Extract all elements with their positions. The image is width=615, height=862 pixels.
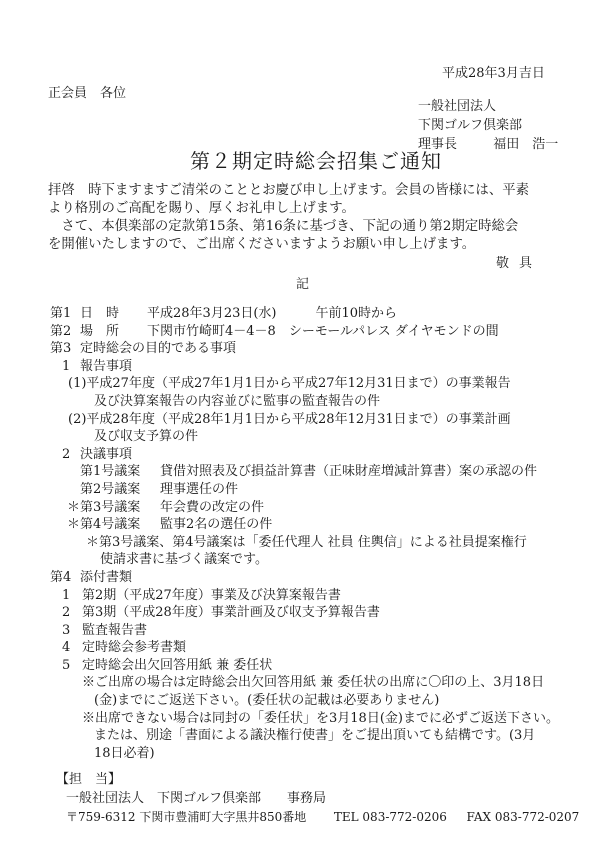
note-text: 18日必着): [94, 746, 155, 761]
report-sub2: (2)平成28年度（平成28年1月1日から平成28年12月31日まで）の事業計画: [50, 411, 559, 429]
attachment-row: 3監査報告書: [50, 622, 559, 640]
proposal-text: 監事2名の選任の件: [160, 517, 272, 532]
contact-details: 〒759-6312 下関市豊浦町大字黒井850番地 TEL 083-772-02…: [66, 808, 579, 827]
asterisk-mark: ＊: [50, 499, 80, 517]
attachment-text: 第3期（平成28年度）事業計画及び収支予算報告書: [82, 605, 380, 620]
section-heading: 報告事項: [80, 359, 132, 374]
report-text: 及び決算案報告の内容並びに監事の監査報告の件: [94, 394, 380, 409]
proposal-row: ＊第4号議案監事2名の選任の件: [50, 516, 559, 534]
report-heading: 1報告事項: [50, 358, 559, 376]
page-title: 第２期定時総会招集ご通知: [190, 151, 442, 171]
proposal-row: 第1号議案貸借対照表及び損益計算書（正味財産増減計算書）案の承認の件: [50, 463, 559, 481]
note-text: 使請求書に基づく議案です。: [100, 552, 268, 567]
note-text: または、別途「書面による議決権行使書」をご提出頂いても結構です。(3月: [94, 728, 535, 743]
resolution-note: ＊第3号議案、第4号議案は「委任代理人 社員 住輿信」による社員提案権行: [50, 534, 559, 552]
proposal-text: 貸借対照表及び損益計算書（正味財産増減計算書）案の承認の件: [160, 464, 537, 479]
body-line: を開催いたしますので、ご出席くださいますようお願い申し上げます。: [48, 236, 608, 254]
proposal-number: 第3号議案: [80, 499, 160, 517]
item-value: 平成28年3月23日(水) 午前10時から: [147, 306, 397, 321]
attendance-note: ※ご出席の場合は定時総会出欠回答用紙 兼 委任状の出席に〇印の上、3月18日: [50, 674, 559, 692]
note-text: ※ご出席の場合は定時総会出欠回答用紙 兼 委任状の出席に〇印の上、3月18日: [82, 675, 544, 690]
resolution-note-cont: 使請求書に基づく議案です。: [50, 551, 559, 569]
attachment-number: 2: [62, 604, 82, 622]
sender-name: 福田 浩一: [493, 137, 558, 152]
proposal-number: 第4号議案: [80, 516, 160, 534]
contact-heading: 【担 当】: [56, 770, 579, 789]
attachment-row: 2第3期（平成28年度）事業計画及び収支予算報告書: [50, 604, 559, 622]
agenda-list: 第1日 時平成28年3月23日(水) 午前10時から 第2場 所下関市竹崎町4－…: [50, 305, 559, 762]
attachment-text: 第2期（平成27年度）事業及び決算案報告書: [82, 588, 341, 603]
absence-note-cont: 18日必着): [50, 745, 559, 763]
report-sub2-cont: 及び収支予算の件: [50, 428, 559, 446]
ki-heading: 記: [296, 278, 309, 291]
document-date: 平成28年3月吉日: [442, 67, 545, 80]
attachment-row: 5定時総会出欠回答用紙 兼 委任状: [50, 657, 559, 675]
body-text: 拝啓 時下ますますご清栄のこととお慶び申し上げます。会員の皆様には、平素 より格…: [48, 182, 608, 254]
item-label: 第4: [50, 569, 80, 587]
attachment-row: 4定時総会参考書類: [50, 639, 559, 657]
report-sub1-cont: 及び決算案報告の内容並びに監事の監査報告の件: [50, 393, 559, 411]
item-heading: 定時総会の目的である事項: [80, 341, 236, 356]
report-text: (1)平成27年度（平成27年1月1日から平成27年12月31日まで）の事業報告: [68, 376, 511, 391]
addressee: 正会員 各位: [48, 87, 126, 100]
attachment-number: 4: [62, 639, 82, 657]
proposal-text: 年会費の改定の件: [160, 500, 264, 515]
note-text: ＊第3号議案、第4号議案は「委任代理人 社員 住輿信」による社員提案権行: [86, 535, 527, 550]
body-line: より格別のご高配を賜り、厚くお礼申し上げます。: [48, 200, 608, 218]
sender-org-type: 一般社団法人: [418, 97, 558, 116]
body-line: 拝啓 時下ますますご清栄のこととお慶び申し上げます。会員の皆様には、平素: [48, 182, 608, 200]
proposal-number: 第1号議案: [80, 463, 160, 481]
body-line: さて、本倶楽部の定款第15条、第16条に基づき、下記の通り第2期定時総会: [48, 218, 608, 236]
report-text: 及び収支予算の件: [94, 429, 198, 444]
item-value: 下関市竹崎町4－4－8 シーモールパレス ダイヤモンドの間: [147, 324, 499, 339]
item-purpose: 第3定時総会の目的である事項: [50, 340, 559, 358]
item-label: 第1: [50, 305, 80, 323]
item-datetime: 第1日 時平成28年3月23日(水) 午前10時から: [50, 305, 559, 323]
item-venue: 第2場 所下関市竹崎町4－4－8 シーモールパレス ダイヤモンドの間: [50, 323, 559, 341]
sender-org-name: 下関ゴルフ倶楽部: [418, 116, 558, 135]
resolution-heading: 2決議事項: [50, 446, 559, 464]
attachment-number: 5: [62, 657, 82, 675]
absence-note: ※出席できない場合は同封の「委任状」を3月18日(金)までに必ずご返送下さい。: [50, 710, 559, 728]
section-number: 1: [62, 358, 80, 376]
attendance-note-cont: (金)までにご返送下さい。(委任状の記載は必要ありません): [50, 692, 559, 710]
attachment-text: 定時総会出欠回答用紙 兼 委任状: [82, 658, 272, 673]
section-heading: 決議事項: [80, 447, 132, 462]
proposal-text: 理事選任の件: [160, 482, 238, 497]
proposal-number: 第2号議案: [80, 481, 160, 499]
attachment-text: 定時総会参考書類: [82, 640, 186, 655]
item-heading: 場 所: [80, 323, 147, 341]
absence-note-cont: または、別途「書面による議決権行使書」をご提出頂いても結構です。(3月: [50, 727, 559, 745]
attachment-number: 3: [62, 622, 82, 640]
attachment-text: 監査報告書: [82, 623, 147, 638]
contact-org: 一般社団法人 下関ゴルフ倶楽部 事務局: [66, 789, 579, 808]
proposal-row: ＊第3号議案年会費の改定の件: [50, 499, 559, 517]
proposal-row: 第2号議案理事選任の件: [50, 481, 559, 499]
section-number: 2: [62, 446, 80, 464]
report-sub1: (1)平成27年度（平成27年1月1日から平成27年12月31日まで）の事業報告: [50, 375, 559, 393]
closing-keigu: 敬具: [496, 257, 542, 270]
attachment-row: 1第2期（平成27年度）事業及び決算案報告書: [50, 587, 559, 605]
contact-block: 【担 当】 一般社団法人 下関ゴルフ倶楽部 事務局 〒759-6312 下関市豊…: [60, 770, 579, 827]
item-label: 第2: [50, 323, 80, 341]
contact-fax: FAX 083-772-0207: [467, 810, 580, 824]
report-text: (2)平成28年度（平成28年1月1日から平成28年12月31日まで）の事業計画: [68, 412, 511, 427]
item-label: 第3: [50, 340, 80, 358]
item-heading: 添付書類: [80, 570, 132, 585]
contact-address: 〒759-6312 下関市豊浦町大字黒井850番地: [66, 810, 306, 824]
note-text: (金)までにご返送下さい。(委任状の記載は必要ありません): [94, 693, 439, 708]
contact-tel: TEL 083-772-0206: [334, 810, 447, 824]
attachment-number: 1: [62, 587, 82, 605]
asterisk-mark: ＊: [50, 516, 80, 534]
note-text: ※出席できない場合は同封の「委任状」を3月18日(金)までに必ずご返送下さい。: [82, 711, 559, 726]
sender-block: 一般社団法人 下関ゴルフ倶楽部 理事長 福田 浩一: [418, 97, 558, 154]
item-heading: 日 時: [80, 305, 147, 323]
item-attachments: 第4添付書類: [50, 569, 559, 587]
